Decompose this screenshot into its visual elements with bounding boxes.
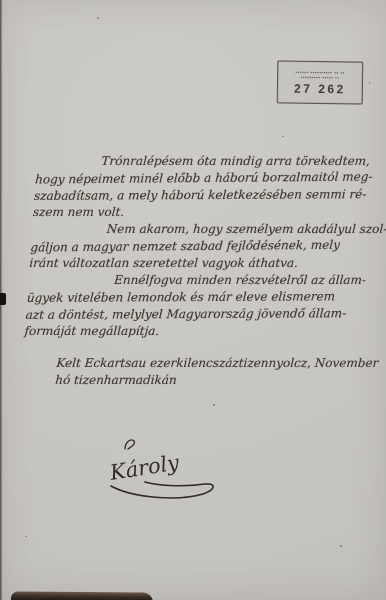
- paper-speck: [97, 17, 99, 19]
- signature-name: Károly: [107, 450, 181, 485]
- letter-line: ügyek vitelében lemondok és már eleve el…: [26, 288, 349, 307]
- letter-line: gáljon a magyar nemzet szabad fejlődésén…: [30, 237, 353, 257]
- dateline: Kelt Eckartsau ezerkilencszáztizennyolcz…: [55, 355, 367, 389]
- letter-line: formáját megállapítja.: [24, 323, 347, 340]
- stamp-text-line2: ▪▪▪▪▪▪▪▪▪ ▪▪▪▪▪ ▪▪: [301, 75, 340, 81]
- desk-shadow-bottom: [11, 591, 153, 600]
- paper-speck: [369, 82, 370, 84]
- paper-speck: [213, 404, 215, 406]
- archive-stamp: ▪▪▪▪▪▪ ▪▪▪▪▪▪▪▪▪▪ ▪▪ ▪▪ ▪▪▪▪▪▪▪▪▪ ▪▪▪▪▪ …: [277, 60, 364, 104]
- letter-line: Ennélfogva minden részvételről az állam-: [27, 272, 350, 289]
- letter-line: iránt változatlan szeretettel vagyok áth…: [29, 255, 352, 272]
- signature-block: Károly: [103, 436, 233, 506]
- dateline-line2: hó tizenharmadikán: [55, 372, 366, 389]
- letter-line: Nem akarom, hogy személyem akadályul szo…: [31, 221, 354, 238]
- letter-line: Trónralépésem óta mindig arra törekedtem…: [36, 153, 359, 170]
- paper-speck: [282, 136, 284, 137]
- letter-body: Trónralépésem óta mindig arra törekedtem…: [24, 153, 359, 340]
- letter-line: azt a döntést, melylyel Magyarország jöv…: [25, 305, 348, 324]
- signature-flourish: [111, 482, 213, 498]
- paper-speck: [340, 545, 342, 547]
- document-photo: ▪▪▪▪▪▪ ▪▪▪▪▪▪▪▪▪▪ ▪▪ ▪▪ ▪▪▪▪▪▪▪▪▪ ▪▪▪▪▪ …: [0, 0, 386, 600]
- stamp-number: 27 262: [294, 83, 346, 96]
- paper-speck: [25, 536, 27, 537]
- dateline-line1: Kelt Eckartsau ezerkilencszáztizennyolcz…: [56, 355, 367, 372]
- letter-line: szem nem volt.: [32, 204, 355, 221]
- signature-top-curl: [125, 440, 134, 449]
- letter-line: szabadítsam, a mely háború keletkezésébe…: [33, 186, 356, 205]
- page-edge-notch: [0, 293, 6, 305]
